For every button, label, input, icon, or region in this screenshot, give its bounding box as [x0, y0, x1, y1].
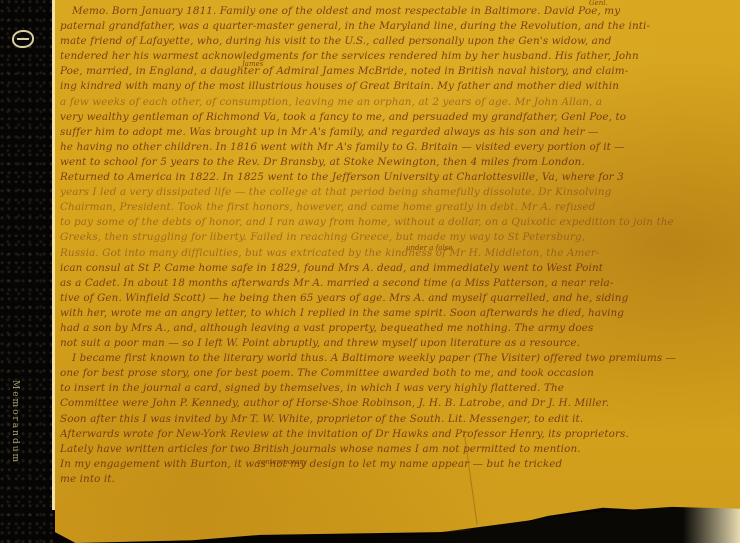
manuscript-line: years I led a very dissipated life — the…: [60, 185, 735, 200]
manuscript-text: Memo. Born January 1811. Family one of t…: [60, 4, 735, 487]
manuscript-line: tive of Gen. Winfield Scott) — he being …: [60, 291, 735, 306]
spine-label: Memorandum: [6, 380, 20, 460]
manuscript-line: Committee were John P. Kennedy, author o…: [60, 396, 735, 411]
manuscript-line: mate friend of Lafayette, who, during hi…: [60, 34, 735, 49]
archive-stamp-icon: [12, 30, 34, 48]
manuscript-line: he having no other children. In 1816 wen…: [60, 140, 735, 155]
manuscript-line: had a son by Mrs A., and, although leavi…: [60, 321, 735, 336]
scan-background-strip: Memorandum: [0, 0, 55, 543]
manuscript-line: I became first known to the literary wor…: [60, 351, 735, 366]
manuscript-line: Afterwards wrote for New-York Review at …: [60, 427, 735, 442]
manuscript-line: Greeks, then struggling for liberty. Fai…: [60, 230, 735, 245]
manuscript-line: suffer him to adopt me. Was brought up i…: [60, 125, 735, 140]
manuscript-line: ing kindred with many of the most illust…: [60, 79, 735, 94]
manuscript-line: Soon after this I was invited by Mr T. W…: [60, 412, 735, 427]
manuscript-line: as a Cadet. In about 18 months afterward…: [60, 276, 735, 291]
manuscript-line: Lately have written articles for two Bri…: [60, 442, 735, 457]
manuscript-line: tendered her his warmest acknowledgments…: [60, 49, 735, 64]
manuscript-line: paternal grandfather, was a quarter-mast…: [60, 19, 735, 34]
manuscript-line: Memo. Born January 1811. Family one of t…: [60, 4, 735, 19]
manuscript-line: Russia. Got into many difficulties, but …: [60, 246, 735, 261]
manuscript-line: Poe, married, in England, a daughter of …: [60, 64, 735, 79]
manuscript-line: to pay some of the debts of honor, and I…: [60, 215, 735, 230]
manuscript-line: not suit a poor man — so I left W. Point…: [60, 336, 735, 351]
manuscript-line: Chairman, President. Took the first hono…: [60, 200, 735, 215]
manuscript-line: to insert in the journal a card, signed …: [60, 381, 735, 396]
manuscript-line: In my engagement with Burton, it was not…: [60, 457, 735, 472]
manuscript-line: with her, wrote me an angry letter, to w…: [60, 306, 735, 321]
manuscript-line: me into it.: [60, 472, 735, 487]
manuscript-line: one for best prose story, one for best p…: [60, 366, 735, 381]
manuscript-line: ican consul at St P. Came home safe in 1…: [60, 261, 735, 276]
manuscript-line: a few weeks of each other, of consumptio…: [60, 95, 735, 110]
manuscript-line: very wealthy gentleman of Richmond Va, t…: [60, 110, 735, 125]
manuscript-line: Returned to America in 1822. In 1825 wen…: [60, 170, 735, 185]
manuscript-line: went to school for 5 years to the Rev. D…: [60, 155, 735, 170]
